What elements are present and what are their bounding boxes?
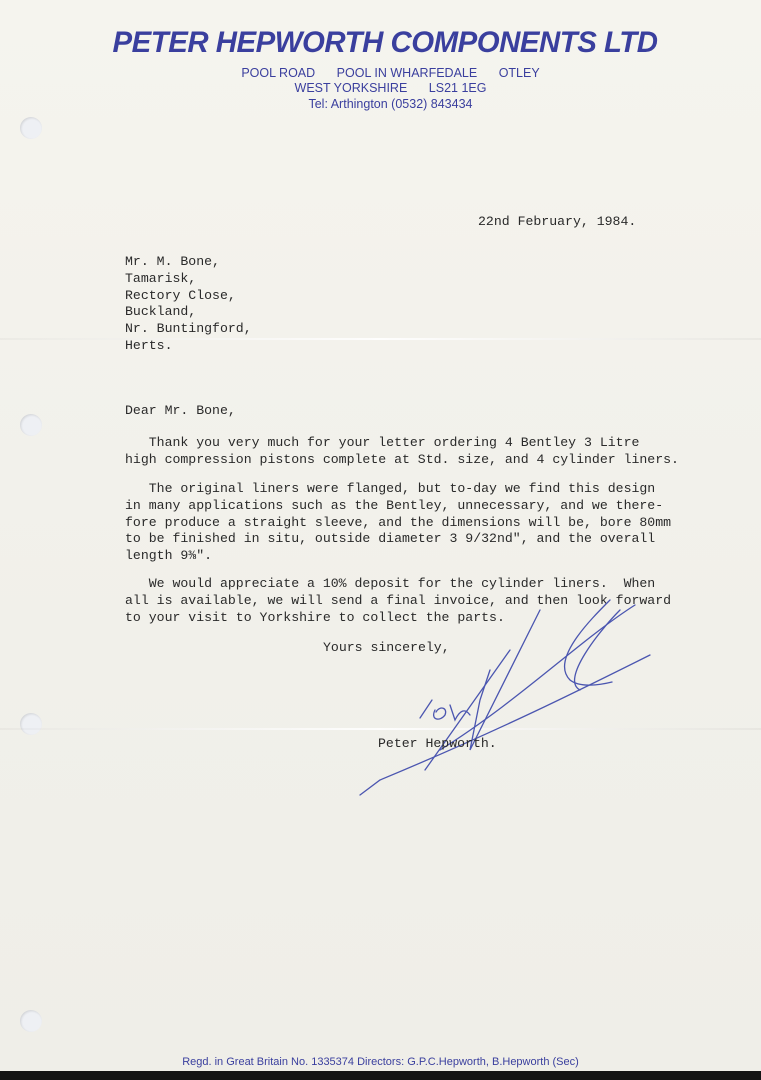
- letterhead: PETER HEPWORTH COMPONENTS LTD: [0, 26, 761, 60]
- text-line: high compression pistons complete at Std…: [125, 452, 679, 469]
- footer-registration: Regd. in Great Britain No. 1335374 Direc…: [0, 1056, 761, 1068]
- salutation: Dear Mr. Bone,: [125, 403, 236, 420]
- paragraph-1: Thank you very much for your letter orde…: [125, 435, 679, 469]
- recipient-line: Tamarisk,: [125, 271, 252, 288]
- telephone: Tel: Arthington (0532) 843434: [10, 97, 761, 111]
- recipient-name: Mr. M. Bone,: [125, 254, 252, 271]
- punch-hole: [20, 117, 42, 139]
- letter-date: 22nd February, 1984.: [478, 214, 636, 231]
- recipient-line: Nr. Buntingford,: [125, 321, 252, 338]
- address-line-2: WEST YORKSHIRE LS21 1EG: [10, 81, 761, 95]
- punch-hole: [20, 414, 42, 436]
- recipient-address: Mr. M. Bone,Tamarisk,Rectory Close,Buckl…: [125, 254, 252, 355]
- signatory-name: Peter Hepworth.: [378, 736, 497, 753]
- text-line: length 9⅜".: [125, 548, 671, 565]
- address-village: POOL IN WHARFEDALE: [337, 66, 478, 80]
- paragraph-2: The original liners were flanged, but to…: [125, 481, 671, 565]
- address-road: POOL ROAD: [241, 66, 315, 80]
- text-line: to be finished in situ, outside diameter…: [125, 531, 671, 548]
- text-line: fore produce a straight sleeve, and the …: [125, 515, 671, 532]
- punch-hole: [20, 713, 42, 735]
- recipient-line: Rectory Close,: [125, 288, 252, 305]
- handwritten-signature: [350, 590, 670, 800]
- scan-border: [0, 1071, 761, 1080]
- address-town: OTLEY: [499, 66, 540, 80]
- text-line: The original liners were flanged, but to…: [125, 481, 671, 498]
- address-line-1: POOL ROAD POOL IN WHARFEDALE OTLEY: [10, 66, 761, 80]
- address-postcode: LS21 1EG: [429, 81, 487, 95]
- text-line: Thank you very much for your letter orde…: [125, 435, 679, 452]
- recipient-line: Buckland,: [125, 304, 252, 321]
- punch-hole: [20, 1010, 42, 1032]
- recipient-line: Herts.: [125, 338, 252, 355]
- text-line: in many applications such as the Bentley…: [125, 498, 671, 515]
- paper-fold: [0, 338, 761, 340]
- address-county: WEST YORKSHIRE: [295, 81, 408, 95]
- letter-page: PETER HEPWORTH COMPONENTS LTD POOL ROAD …: [0, 0, 761, 1071]
- company-name: PETER HEPWORTH COMPONENTS LTD: [113, 26, 658, 60]
